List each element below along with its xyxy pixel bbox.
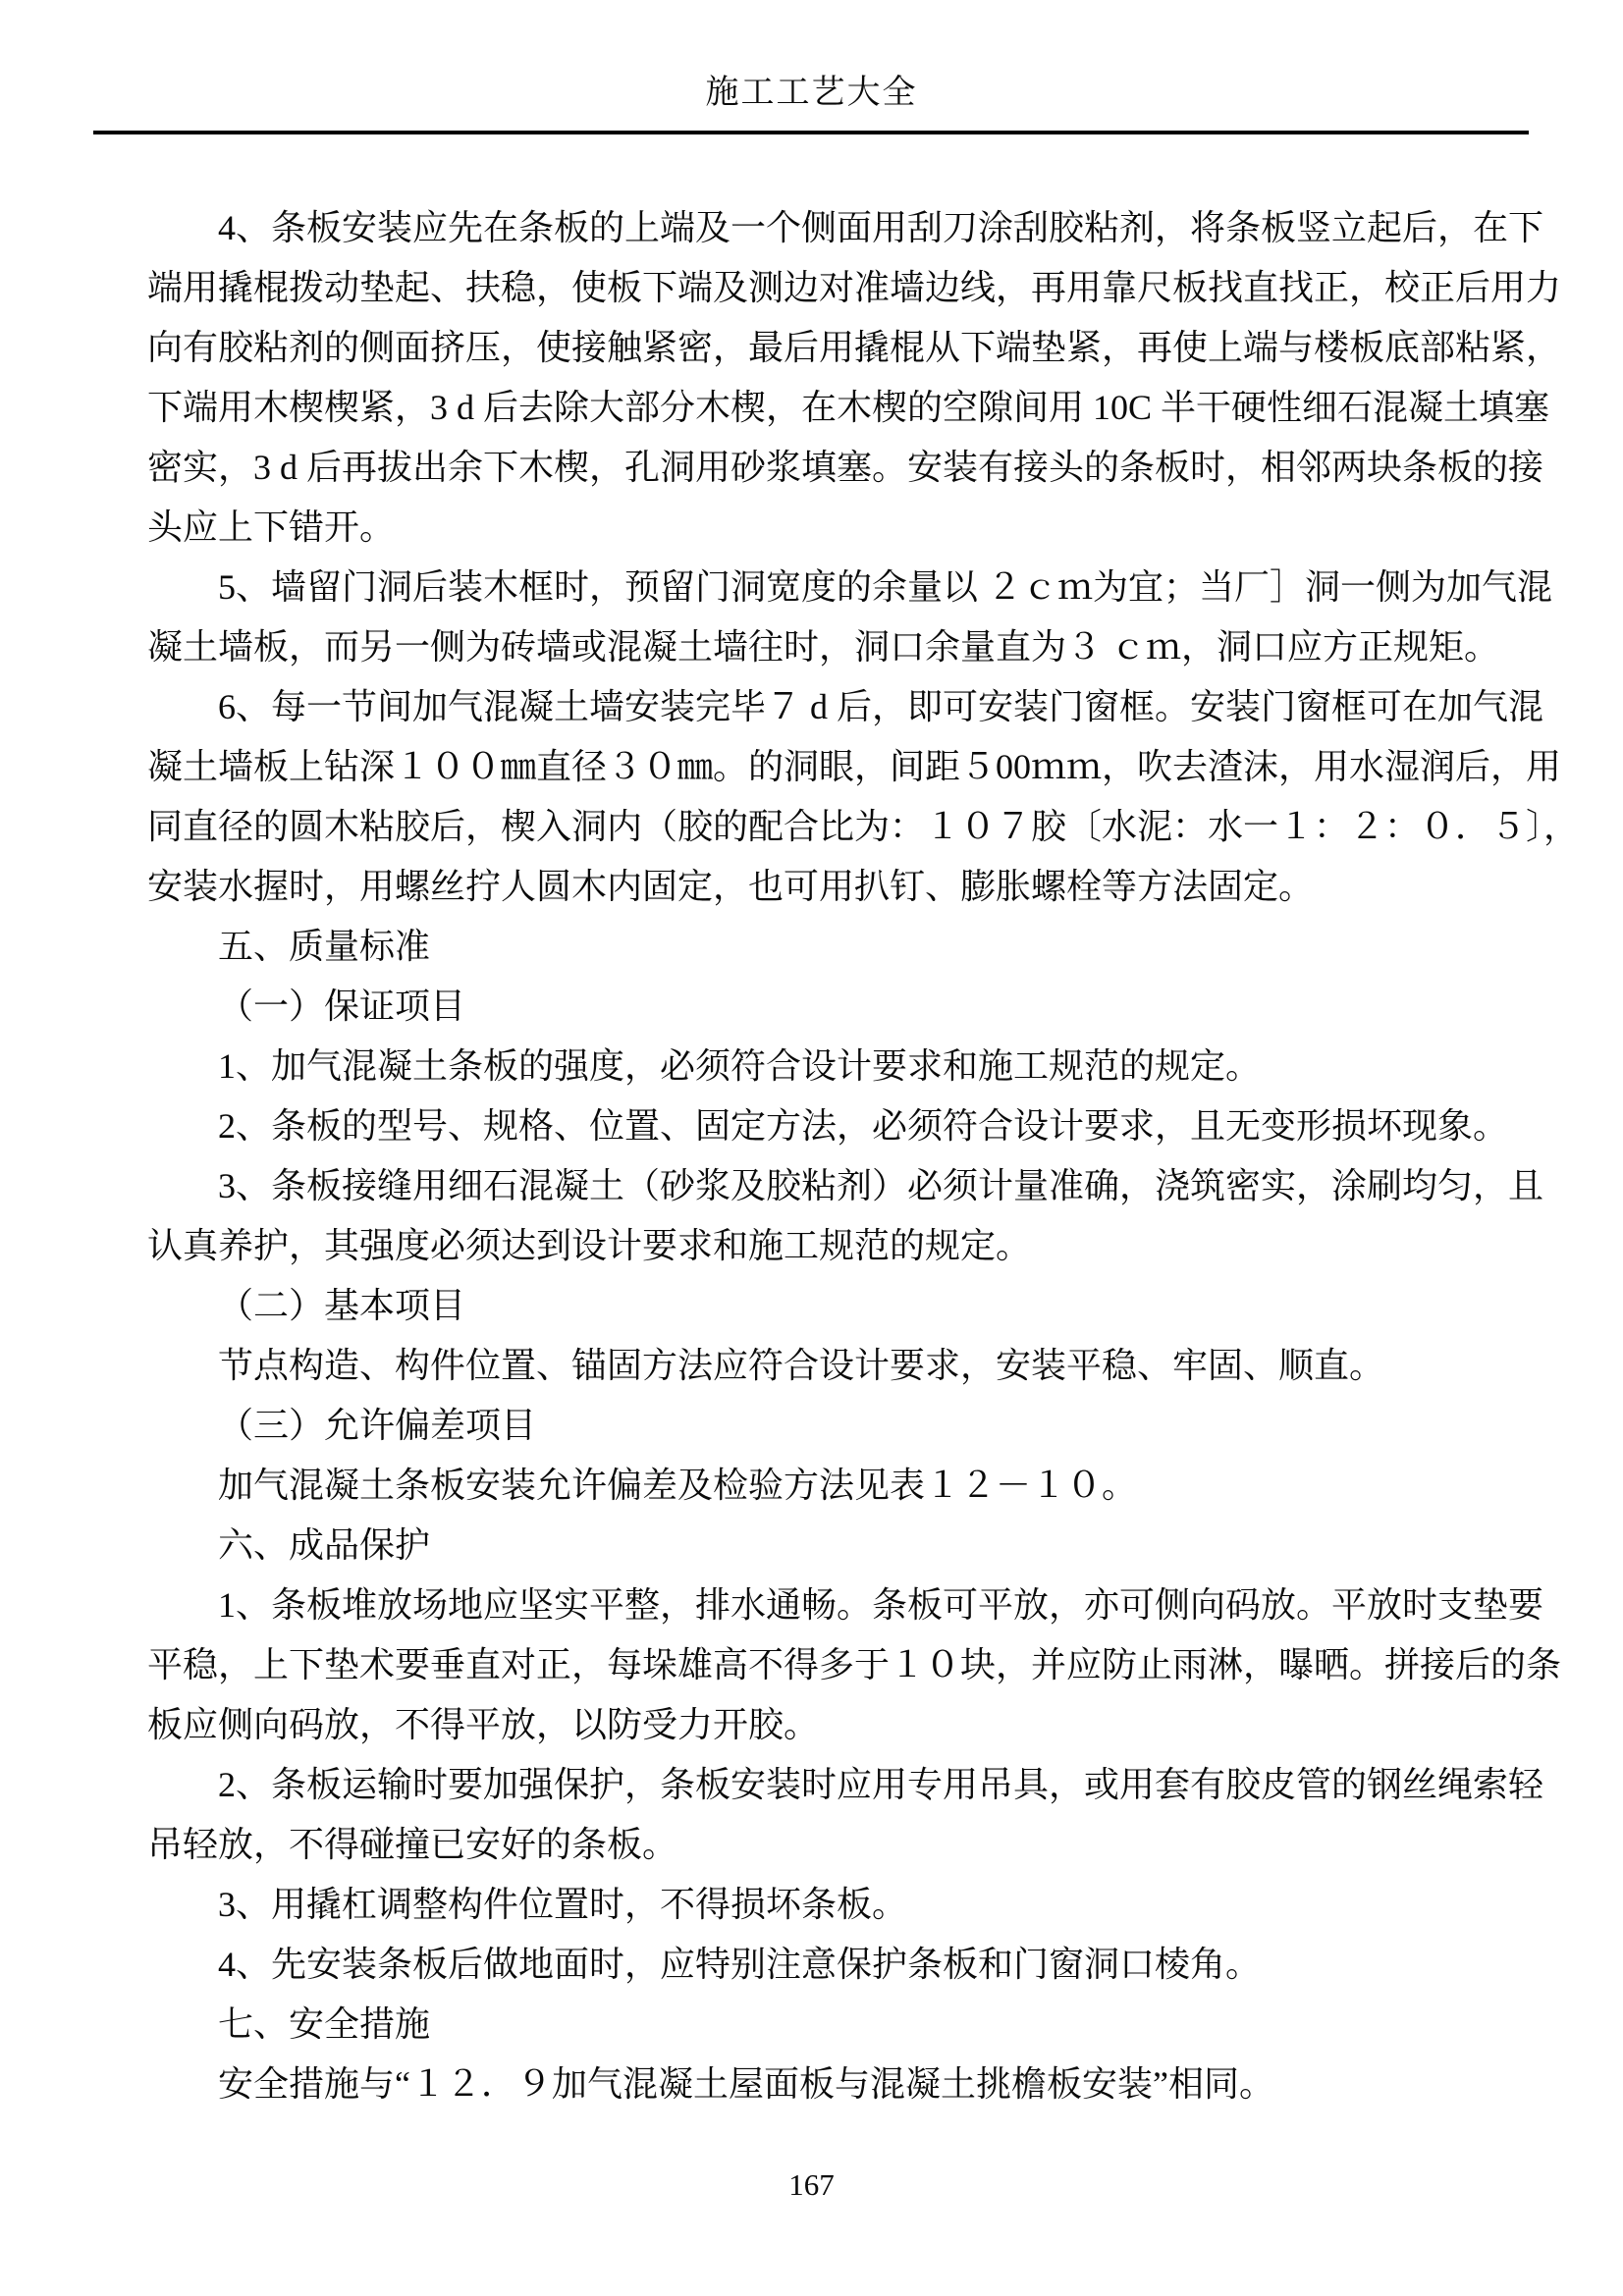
text-line: 端用撬棍拨动垫起、扶稳，使板下端及测边对准墙边线，再用靠尺板找直找正，校正后用力 <box>147 258 1551 318</box>
subsection-heading: （一）保证项目 <box>147 977 1551 1037</box>
text-line: 安全措施与“１２．９加气混凝土屋面板与混凝土挑檐板安装”相同。 <box>147 2055 1551 2114</box>
document-body: 4、条板安装应先在条板的上端及一个侧面用刮刀涂刮胶粘剂，将条板竖立起后，在下 端… <box>147 198 1551 2114</box>
text-line: 加气混凝土条板安装允许偏差及检验方法见表１２－１０。 <box>147 1456 1551 1516</box>
section-heading: 五、质量标准 <box>147 917 1551 977</box>
section-heading: 六、成品保护 <box>147 1516 1551 1575</box>
page-number: 167 <box>0 2167 1623 2203</box>
subsection-heading: （二）基本项目 <box>147 1276 1551 1336</box>
text-line: 下端用木楔楔紧，3 d 后去除大部分木楔，在木楔的空隙间用 10C 半干硬性细石… <box>147 378 1551 438</box>
document-page: 施工工艺大全 4、条板安装应先在条板的上端及一个侧面用刮刀涂刮胶粘剂，将条板竖立… <box>0 0 1623 2296</box>
text-line: 1、条板堆放场地应坚实平整，排水通畅。条板可平放，亦可侧向码放。平放时支垫要 <box>147 1575 1551 1635</box>
text-line: 3、条板接缝用细石混凝土（砂浆及胶粘剂）必须计量准确，浇筑密实，涂刷均匀，且 <box>147 1156 1551 1216</box>
text-line: 3、用撬杠调整构件位置时，不得损坏条板。 <box>147 1875 1551 1935</box>
text-line: 密实，3 d 后再拔出余下木楔，孔洞用砂浆填塞。安装有接头的条板时，相邻两块条板… <box>147 438 1551 498</box>
text-line: 5、墙留门洞后装木框时，预留门洞宽度的余量以 ２ｃｍ为宜；当厂］洞一侧为加气混 <box>147 558 1551 617</box>
text-line: 板应侧向码放，不得平放，以防受力开胶。 <box>147 1695 1551 1755</box>
text-line: 凝土墙板，而另一侧为砖墙或混凝土墙往时，洞口余量直为３ ｃｍ，洞口应方正规矩。 <box>147 617 1551 677</box>
text-line: 头应上下错开。 <box>147 498 1551 558</box>
text-line: 4、先安装条板后做地面时，应特别注意保护条板和门窗洞口棱角。 <box>147 1935 1551 1995</box>
section-heading: 七、安全措施 <box>147 1995 1551 2055</box>
text-line: 安装水握时，用螺丝拧人圆木内固定，也可用扒钉、膨胀螺栓等方法固定。 <box>147 857 1551 917</box>
page-header-title: 施工工艺大全 <box>0 71 1623 116</box>
text-line: 1、加气混凝土条板的强度，必须符合设计要求和施工规范的规定。 <box>147 1037 1551 1096</box>
text-line: 同直径的圆木粘胶后，楔入洞内（胶的配合比为：１０７胶〔水泥：水一１：２：０．５〕… <box>147 797 1551 857</box>
text-line: 凝土墙板上钻深１００㎜直径３０㎜。的洞眼，间距５00ｍｍ，吹去渣沫，用水湿润后，… <box>147 737 1551 797</box>
text-line: 节点构造、构件位置、锚固方法应符合设计要求，安装平稳、牢固、顺直。 <box>147 1336 1551 1396</box>
subsection-heading: （三）允许偏差项目 <box>147 1396 1551 1456</box>
text-line: 吊轻放，不得碰撞已安好的条板。 <box>147 1815 1551 1875</box>
text-line: 平稳，上下垫术要垂直对正，每垛雄高不得多于１０块，并应防止雨淋，曝晒。拼接后的条 <box>147 1635 1551 1695</box>
text-line: 认真养护，其强度必须达到设计要求和施工规范的规定。 <box>147 1216 1551 1276</box>
text-line: 6、每一节间加气混凝土墙安装完毕７ d 后，即可安装门窗框。安装门窗框可在加气混 <box>147 677 1551 737</box>
text-line: 2、条板的型号、规格、位置、固定方法，必须符合设计要求，且无变形损坏现象。 <box>147 1096 1551 1156</box>
text-line: 2、条板运输时要加强保护，条板安装时应用专用吊具，或用套有胶皮管的钢丝绳索轻 <box>147 1755 1551 1815</box>
header-rule <box>93 131 1529 134</box>
text-line: 向有胶粘剂的侧面挤压，使接触紧密，最后用撬棍从下端垫紧，再使上端与楼板底部粘紧， <box>147 318 1551 378</box>
text-line: 4、条板安装应先在条板的上端及一个侧面用刮刀涂刮胶粘剂，将条板竖立起后，在下 <box>147 198 1551 258</box>
